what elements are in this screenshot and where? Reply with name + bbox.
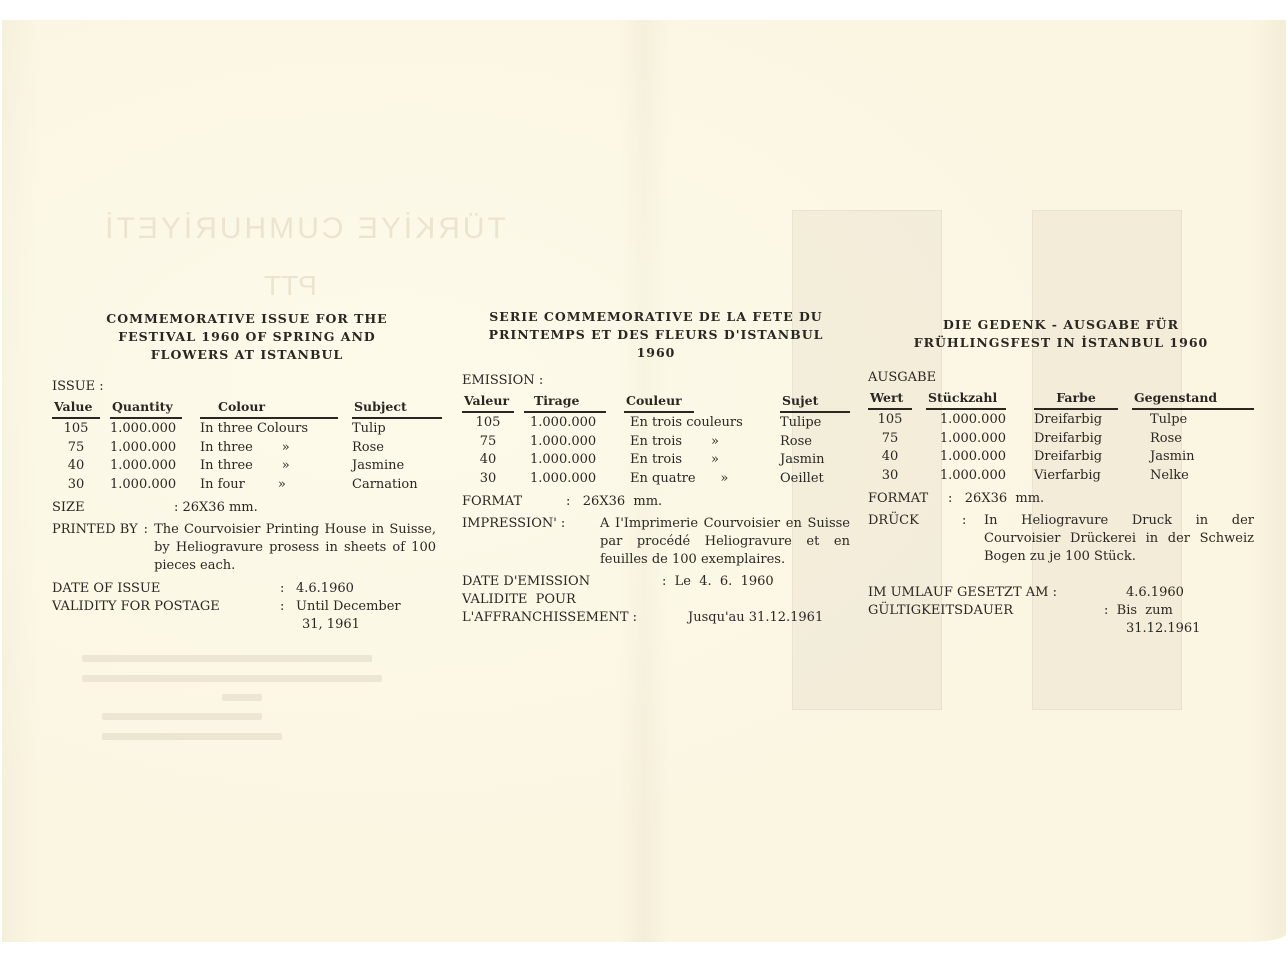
column-header: Value [52,398,100,420]
column-header: Tirage [524,392,606,414]
dates-block: IM UMLAUF GESETZT AM : 4.6.1960 GÜLTIGKE… [868,584,1254,638]
bleed-through-line [102,733,282,740]
validity-for-postage: VALIDITY FOR POSTAGE : Until December [52,598,442,616]
ausgabe-table: Wert Stückzahl Farbe Gegenstand 1051.000… [868,389,1254,485]
gueltigkeitsdauer: GÜLTIGKEITSDAUER : Bis zum [868,602,1254,620]
table-row: 751.000.000In three »Rose [52,439,442,458]
impression-field: IMPRESSION' : A I'Imprimerie Courvoisier… [462,515,850,569]
date-of-issue: DATE OF ISSUE : 4.6.1960 [52,580,442,598]
date-emission: DATE D'EMISSION : Le 4. 6. 1960 [462,573,850,591]
table-row: 301.000.000En quatre »Oeillet [462,470,850,489]
size-field: SIZE : 26X36 mm. [52,499,442,517]
column-header: Quantity [110,398,182,420]
bleed-through-subtitle: PTT [264,270,317,302]
column-header: Colour [200,398,338,420]
dates-block: DATE D'EMISSION : Le 4. 6. 1960 VALIDITE… [462,573,850,627]
druck-field: DRÜCK : In Heliogravure Druck in der Cou… [868,512,1254,566]
german-column: DIE GEDENK - AUSGABE FÜR FRÜHLINGSFEST I… [868,316,1254,638]
french-column: SERIE COMMEMORATIVE DE LA FETE DU PRINTE… [462,308,850,627]
bleed-through-line [82,675,382,682]
column-header: Sujet [780,392,850,414]
ausgabe-label: AUSGABE [868,369,1254,387]
column-header: Wert [868,389,912,411]
table-row: 1051.000.000DreifarbigTulpe [868,411,1254,430]
issue-label: ISSUE : [52,378,442,396]
column-header: Farbe [1034,389,1118,411]
english-column: COMMEMORATIVE ISSUE FOR THE FESTIVAL 196… [52,310,442,634]
column-header: Valeur [462,392,514,414]
table-row: 751.000.000En trois »Rose [462,433,850,452]
column-header: Couleur [624,392,774,414]
column-header: Gegenstand [1132,389,1254,411]
table-row: 401.000.000In three »Jasmine [52,457,442,476]
emission-label: EMISSION : [462,372,850,390]
column-header: Subject [352,398,442,420]
document-sheet: TÜRKİYE CUMHURİYETİ PTT COMMEMORATIVE IS… [2,20,1286,942]
column-header: Stückzahl [926,389,1006,411]
table-row: 1051.000.000En trois couleursTulipe [462,414,850,433]
emission-table: Valeur Tirage Couleur Sujet 1051.000.000… [462,392,850,488]
english-heading: COMMEMORATIVE ISSUE FOR THE FESTIVAL 196… [52,310,442,364]
format-field: FORMAT : 26X36 mm. [462,493,850,511]
im-umlauf-gesetzt: IM UMLAUF GESETZT AM : 4.6.1960 [868,584,1254,602]
printed-by-field: PRINTED BY : The Courvoisier Printing Ho… [52,521,442,575]
bleed-through-line [222,694,262,701]
german-heading: DIE GEDENK - AUSGABE FÜR FRÜHLINGSFEST I… [868,316,1254,352]
issue-table: Value Quantity Colour Subject 1051.000.0… [52,398,442,494]
dates-block: DATE OF ISSUE : 4.6.1960 VALIDITY FOR PO… [52,580,442,634]
table-row: 301.000.000VierfarbigNelke [868,467,1254,486]
table-row: 401.000.000En trois »Jasmin [462,451,850,470]
table-row: 401.000.000DreifarbigJasmin [868,448,1254,467]
validite-pour: VALIDITE POUR [462,591,850,609]
affranchissement: L'AFFRANCHISSEMENT : Jusqu'au 31.12.1961 [462,609,850,627]
table-row: 751.000.000DreifarbigRose [868,430,1254,449]
table-row: 1051.000.000In three ColoursTulip [52,420,442,439]
bleed-through-line [82,655,372,662]
bleed-through-title: TÜRKİYE CUMHURİYETİ [94,212,514,246]
french-heading: SERIE COMMEMORATIVE DE LA FETE DU PRINTE… [462,308,850,362]
format-field: FORMAT : 26X36 mm. [868,490,1254,508]
bleed-through-line [102,713,262,720]
table-row: 301.000.000In four »Carnation [52,476,442,495]
